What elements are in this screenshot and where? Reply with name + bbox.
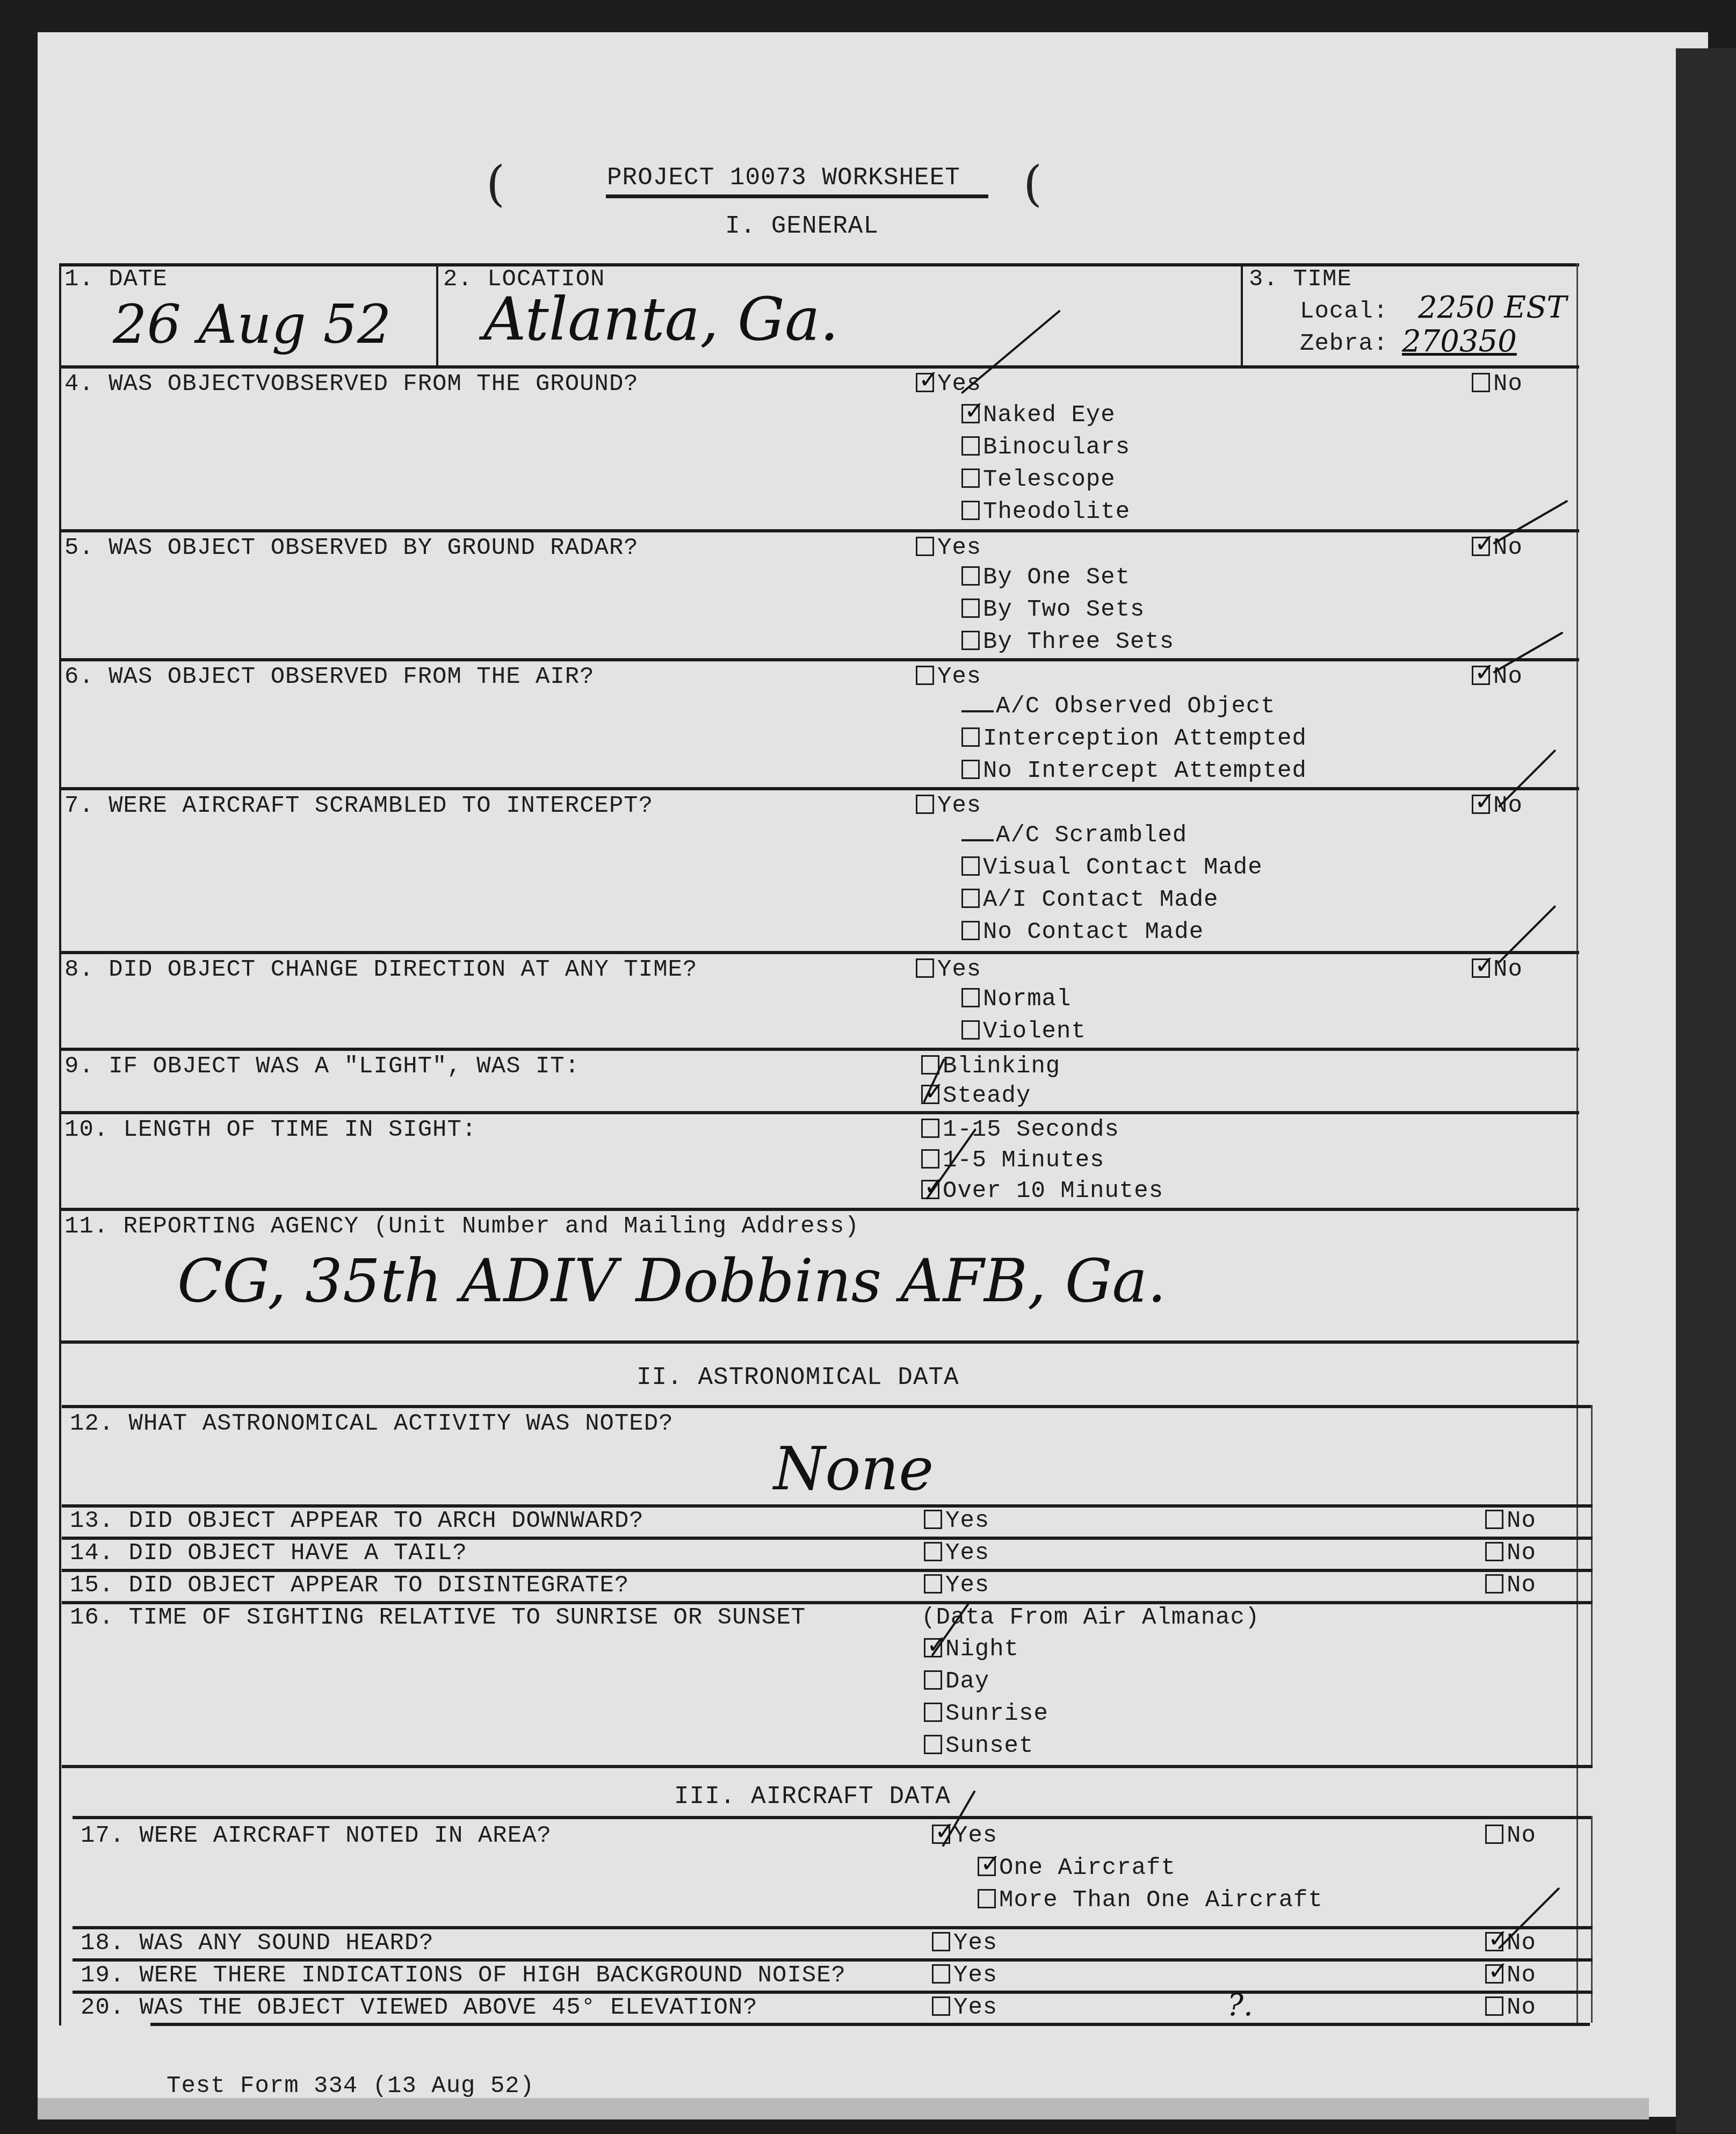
section-general-heading: I. GENERAL xyxy=(725,212,879,240)
checkbox-icon xyxy=(1485,1574,1503,1594)
q12-astronomical-value: None xyxy=(773,1434,934,1503)
checkbox-icon xyxy=(932,1996,950,2016)
q16-option-sunset[interactable]: Sunset xyxy=(924,1733,1033,1760)
left-border xyxy=(59,263,61,2025)
q14-no-checkbox[interactable]: No xyxy=(1485,1540,1536,1567)
q7-no-checkbox[interactable]: No xyxy=(1472,792,1523,819)
q18-no-checkbox[interactable]: No xyxy=(1485,1930,1536,1957)
checkbox-icon xyxy=(916,795,934,814)
q10-option-1-15-seconds[interactable]: 1-15 Seconds xyxy=(921,1116,1119,1143)
right-border-section2 xyxy=(1591,1405,1593,1765)
q17-label: 17. WERE AIRCRAFT NOTED IN AREA? xyxy=(81,1822,552,1849)
q8-option-violent[interactable]: Violent xyxy=(961,1018,1086,1045)
q15-yes-checkbox[interactable]: Yes xyxy=(924,1572,989,1599)
checkbox-icon xyxy=(1472,958,1490,978)
right-border xyxy=(1576,263,1578,2025)
time-local-label: Local: xyxy=(1300,298,1388,325)
checkbox-icon xyxy=(961,436,980,456)
q16-option-night[interactable]: Night xyxy=(924,1636,1019,1663)
section-astronomical-heading: II. ASTRONOMICAL DATA xyxy=(636,1364,959,1392)
q4-option-naked-eye[interactable]: Naked Eye xyxy=(961,402,1116,429)
location-value: Atlanta, Ga. xyxy=(483,285,838,354)
checkbox-icon xyxy=(961,921,980,940)
right-paren-mark: ( xyxy=(1023,156,1042,212)
page-edge-shadow xyxy=(1676,48,1736,2133)
checkbox-icon xyxy=(916,373,934,392)
checkbox-icon xyxy=(1485,1996,1503,2016)
rule xyxy=(150,2023,1590,2026)
q6-option-ac-observed[interactable]: A/C Observed Object xyxy=(961,693,1276,720)
checkbox-icon xyxy=(961,404,980,423)
q20-label: 20. WAS THE OBJECT VIEWED ABOVE 45° ELEV… xyxy=(81,1994,758,2021)
checkbox-icon xyxy=(1485,1510,1503,1529)
q6-yes-checkbox[interactable]: Yes xyxy=(916,664,981,690)
q18-label: 18. WAS ANY SOUND HEARD? xyxy=(81,1930,434,1957)
location-time-divider xyxy=(1241,263,1243,365)
q17-option-one-aircraft[interactable]: One Aircraft xyxy=(978,1855,1176,1881)
form-id-footer: Test Form 334 (13 Aug 52) xyxy=(167,2073,534,2100)
q5-label: 5. WAS OBJECT OBSERVED BY GROUND RADAR? xyxy=(64,535,639,561)
q7-option-no-contact[interactable]: No Contact Made xyxy=(961,919,1204,946)
q5-option-three-sets[interactable]: By Three Sets xyxy=(961,629,1174,655)
checkbox-icon xyxy=(961,468,980,488)
q13-label: 13. DID OBJECT APPEAR TO ARCH DOWNWARD? xyxy=(70,1508,644,1534)
date-location-divider xyxy=(436,263,438,365)
q13-yes-checkbox[interactable]: Yes xyxy=(924,1508,989,1534)
checkbox-icon xyxy=(1485,1932,1503,1951)
left-paren-mark: ( xyxy=(486,156,505,212)
q7-label: 7. WERE AIRCRAFT SCRAMBLED TO INTERCEPT? xyxy=(64,792,653,819)
checkbox-icon xyxy=(924,1510,942,1529)
q20-no-checkbox[interactable]: No xyxy=(1485,1994,1536,2021)
checkbox-icon xyxy=(932,1932,950,1951)
q6-option-interception-attempted[interactable]: Interception Attempted xyxy=(961,725,1307,752)
rule xyxy=(73,1926,1593,1929)
time-zebra-value: 270350 xyxy=(1402,324,1517,359)
q19-label: 19. WERE THERE INDICATIONS OF HIGH BACKG… xyxy=(81,1962,846,1989)
time-zebra-label: Zebra: xyxy=(1300,330,1388,357)
checkbox-icon xyxy=(978,1889,996,1908)
q18-yes-checkbox[interactable]: Yes xyxy=(932,1930,997,1957)
q5-option-one-set[interactable]: By One Set xyxy=(961,564,1130,591)
q7-option-visual-contact[interactable]: Visual Contact Made xyxy=(961,854,1263,881)
rule xyxy=(73,1816,1593,1819)
checkbox-icon xyxy=(932,1825,950,1844)
time-label: 3. TIME xyxy=(1249,266,1352,293)
checkbox-icon xyxy=(1472,795,1490,814)
rule xyxy=(73,1991,1593,1994)
checkbox-icon xyxy=(924,1574,942,1594)
q7-option-ai-contact[interactable]: A/I Contact Made xyxy=(961,886,1218,913)
q9-option-steady[interactable]: Steady xyxy=(921,1083,1031,1109)
checkbox-icon xyxy=(961,760,980,779)
checkbox-icon xyxy=(1472,537,1490,556)
checkbox-icon xyxy=(924,1735,942,1754)
q20-yes-checkbox[interactable]: Yes xyxy=(932,1994,997,2021)
checkbox-icon xyxy=(1485,1825,1503,1844)
checkbox-icon xyxy=(961,566,980,586)
rule xyxy=(73,1958,1593,1962)
q4-option-telescope[interactable]: Telescope xyxy=(961,466,1116,493)
q6-no-checkbox[interactable]: No xyxy=(1472,664,1523,690)
date-label: 1. DATE xyxy=(64,266,168,293)
checkbox-icon xyxy=(961,501,980,520)
rule xyxy=(59,1208,1579,1211)
checkbox-icon xyxy=(924,1670,942,1690)
section-aircraft-heading: III. AIRCRAFT DATA xyxy=(674,1783,951,1811)
checkbox-icon xyxy=(1485,1964,1503,1984)
checkbox-icon xyxy=(961,599,980,618)
checkbox-icon xyxy=(916,958,934,978)
checkbox-icon xyxy=(921,1119,939,1138)
q13-no-checkbox[interactable]: No xyxy=(1485,1508,1536,1534)
q8-no-checkbox[interactable]: No xyxy=(1472,956,1523,983)
q7-yes-checkbox[interactable]: Yes xyxy=(916,792,981,819)
rule xyxy=(59,658,1579,661)
q8-option-normal[interactable]: Normal xyxy=(961,986,1071,1013)
q19-no-checkbox[interactable]: No xyxy=(1485,1962,1536,1989)
page-title: PROJECT 10073 WORKSHEET xyxy=(607,164,960,192)
q10-option-1-5-minutes[interactable]: 1-5 Minutes xyxy=(921,1147,1104,1174)
rule xyxy=(59,529,1579,532)
q14-label: 14. DID OBJECT HAVE A TAIL? xyxy=(70,1540,467,1567)
rule xyxy=(59,1048,1579,1051)
q9-label: 9. IF OBJECT WAS A "LIGHT", WAS IT: xyxy=(64,1053,580,1080)
rule xyxy=(59,787,1579,790)
q17-no-checkbox[interactable]: No xyxy=(1485,1822,1536,1849)
q20-annotation: ?. xyxy=(1227,1988,1253,2023)
rule xyxy=(62,1765,1593,1768)
checkbox-icon xyxy=(1485,1542,1503,1561)
q9-option-blinking[interactable]: Blinking xyxy=(921,1053,1060,1080)
checkbox-icon xyxy=(961,727,980,747)
checkbox-icon xyxy=(932,1964,950,1984)
checkbox-icon xyxy=(924,1542,942,1561)
q16-option-day[interactable]: Day xyxy=(924,1668,989,1695)
blank-line xyxy=(961,710,994,712)
q5-option-two-sets[interactable]: By Two Sets xyxy=(961,596,1145,623)
rule xyxy=(59,1340,1579,1344)
checkbox-icon xyxy=(978,1857,996,1876)
q17-option-more-than-one[interactable]: More Than One Aircraft xyxy=(978,1887,1323,1914)
q4-no-checkbox[interactable]: No xyxy=(1472,371,1523,398)
q11-label: 11. REPORTING AGENCY (Unit Number and Ma… xyxy=(64,1213,859,1240)
q15-label: 15. DID OBJECT APPEAR TO DISINTEGRATE? xyxy=(70,1572,629,1599)
q4-label: 4. WAS OBJECTVOBSERVED FROM THE GROUND? xyxy=(64,371,639,398)
checkbox-icon xyxy=(961,1020,980,1040)
checkbox-icon xyxy=(1472,666,1490,685)
q15-no-checkbox[interactable]: No xyxy=(1485,1572,1536,1599)
q6-option-no-intercept[interactable]: No Intercept Attempted xyxy=(961,758,1307,784)
q10-option-over-10-minutes[interactable]: Over 10 Minutes xyxy=(921,1178,1163,1205)
q12-label: 12. WHAT ASTRONOMICAL ACTIVITY WAS NOTED… xyxy=(70,1410,674,1437)
q6-label: 6. WAS OBJECT OBSERVED FROM THE AIR? xyxy=(64,664,595,690)
checkbox-icon xyxy=(961,988,980,1007)
q4-option-theodolite[interactable]: Theodolite xyxy=(961,499,1130,525)
rule xyxy=(59,1111,1579,1114)
q19-yes-checkbox[interactable]: Yes xyxy=(932,1962,997,1989)
q8-yes-checkbox[interactable]: Yes xyxy=(916,956,981,983)
checkbox-icon xyxy=(924,1703,942,1722)
rule xyxy=(59,365,1579,369)
checkbox-icon xyxy=(916,666,934,685)
page-bottom-shade xyxy=(38,2098,1649,2119)
date-value: 26 Aug 52 xyxy=(113,293,392,356)
checkbox-icon xyxy=(961,631,980,650)
checkbox-icon xyxy=(916,537,934,556)
q16-note: (Data From Air Almanac) xyxy=(921,1604,1260,1631)
title-underline xyxy=(606,194,988,198)
checkbox-icon xyxy=(961,856,980,876)
q11-reporting-agency-value: CG, 35th ADIV Dobbins AFB, Ga. xyxy=(177,1246,1166,1315)
q5-yes-checkbox[interactable]: Yes xyxy=(916,535,981,561)
blank-line xyxy=(961,839,994,841)
q16-label: 16. TIME OF SIGHTING RELATIVE TO SUNRISE… xyxy=(70,1604,806,1631)
q10-label: 10. LENGTH OF TIME IN SIGHT: xyxy=(64,1116,476,1143)
rule xyxy=(62,1405,1593,1408)
q7-option-ac-scrambled[interactable]: A/C Scrambled xyxy=(961,822,1187,849)
time-local-value: 2250 EST xyxy=(1418,290,1567,325)
q8-label: 8. DID OBJECT CHANGE DIRECTION AT ANY TI… xyxy=(64,956,697,983)
checkbox-icon xyxy=(961,889,980,908)
q16-option-sunrise[interactable]: Sunrise xyxy=(924,1700,1048,1727)
checkbox-icon xyxy=(921,1149,939,1169)
q14-yes-checkbox[interactable]: Yes xyxy=(924,1540,989,1567)
q5-no-checkbox[interactable]: No xyxy=(1472,535,1523,561)
checkbox-icon xyxy=(1472,373,1490,392)
rule xyxy=(59,951,1579,954)
q4-option-binoculars[interactable]: Binoculars xyxy=(961,434,1130,461)
